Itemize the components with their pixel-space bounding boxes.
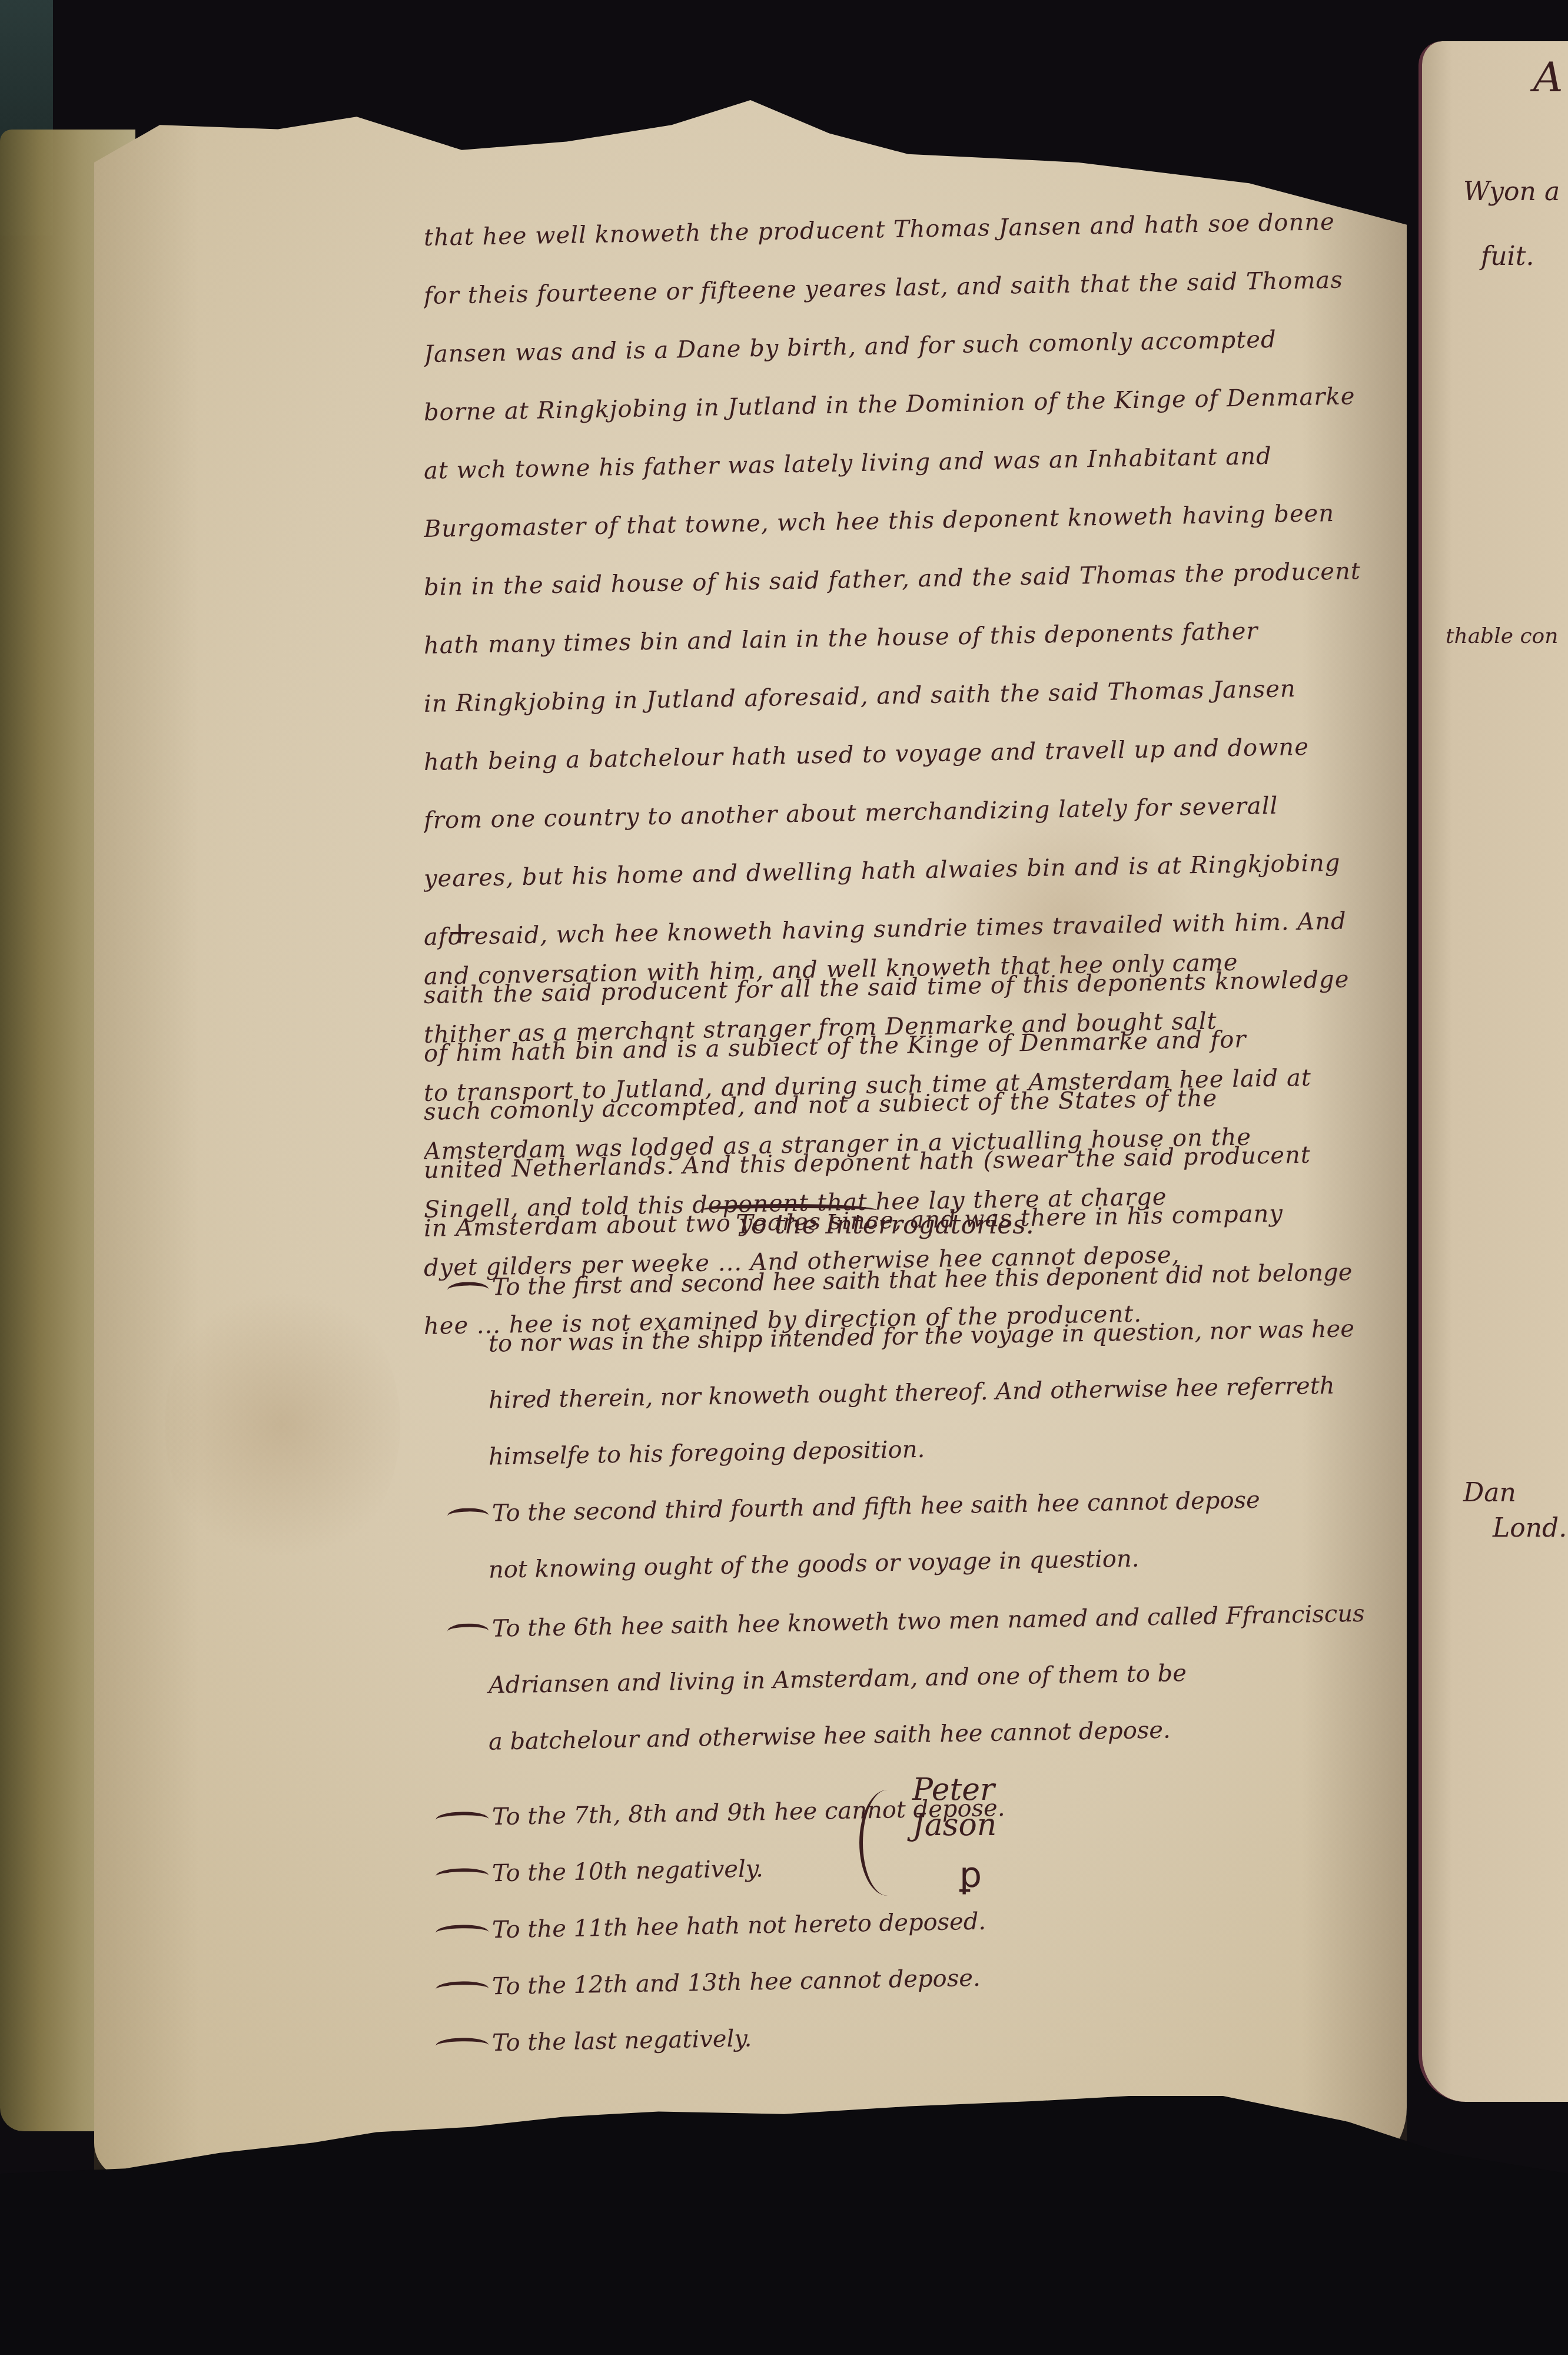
facing-note-5: Lond. [1493,1513,1567,1543]
signature-paraph-icon: ꝑ [959,1855,982,1896]
facing-note-1: Wyon a [1463,177,1560,207]
short-answer: To the 12th and 13th hee cannot depose. [435,1949,1005,2016]
facing-note-4: Dan [1463,1478,1516,1508]
margin-cross-mark: + [447,916,472,950]
interrogatories-heading: To the Interrogatories. [736,1210,1034,1240]
facing-note-2: fuit. [1481,241,1534,271]
interrogatory-answers-6: To the 6th hee saith hee knoweth two men… [447,1601,1448,1771]
facing-page: Wyon a fuit. thable con Dan Lond. [1418,41,1568,2102]
folio-mark: A [1533,53,1563,101]
deponent-signature: Peter Jason ꝑ [848,1766,1059,1919]
interrogatory-answers: To the first and second hee saith that h… [447,1260,1448,1599]
short-answer: To the last negatively. [435,2006,1005,2072]
facing-note-3: thable con [1446,624,1558,648]
signature-surname: Jason [912,1807,996,1843]
signature-first-name: Peter [912,1772,995,1807]
signature-flourish [859,1790,916,1896]
